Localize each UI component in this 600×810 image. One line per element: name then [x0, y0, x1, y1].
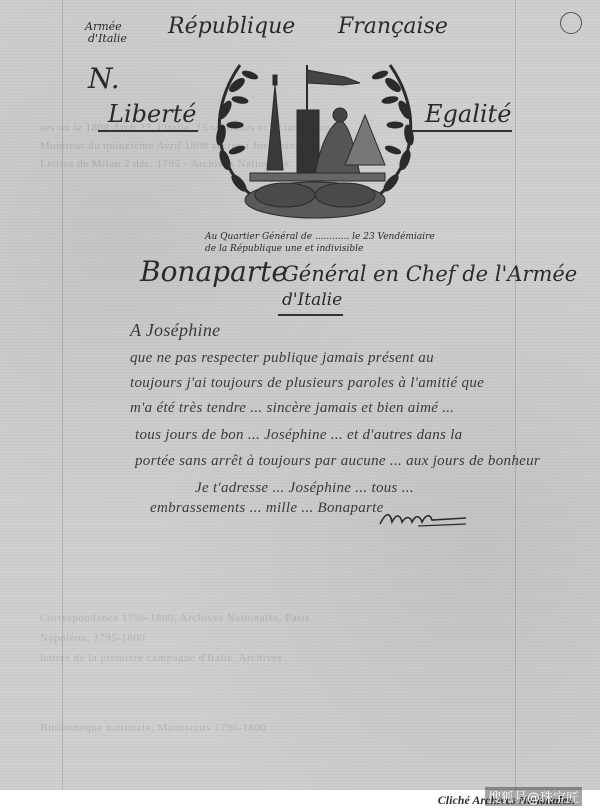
quarter-general-line1: Au Quartier Général de ............ le 2…	[205, 232, 435, 242]
author-name: Bonaparte	[140, 255, 288, 288]
letter-line: m'a été très tendre ... sincère jamais e…	[130, 400, 454, 417]
letter-line: tous jours de bon ... Joséphine ... et d…	[135, 427, 462, 444]
letter-line: que ne pas respecter publique jamais pré…	[130, 350, 434, 367]
letter-line: Je t'adresse ... Joséphine ... tous ...	[195, 480, 414, 497]
watermark: 搜狐号@珠宝匠	[485, 787, 582, 806]
fold-line	[62, 0, 63, 790]
author-title: Général en Chef de l'Armée	[282, 262, 577, 286]
letter-sheet: ses on le 1808 Arch 22, l'Italie, 15 sec…	[0, 0, 600, 790]
army-label-line2: d'Italie	[88, 32, 127, 45]
title-underline	[278, 314, 343, 316]
bleed-through-text: Correspondance 1796-1800, Archives Natio…	[40, 612, 570, 624]
engraved-vignette-icon	[195, 25, 435, 225]
letter-line: toujours j'ai toujours de plusieurs paro…	[130, 375, 484, 392]
bleed-through-text: Bibliothèque nationale, Manuscrits 1796-…	[40, 722, 570, 734]
fold-line	[515, 0, 516, 790]
number-label: N.	[88, 62, 120, 95]
motto-egalite: Egalité	[425, 100, 511, 128]
bleed-through-text: lettres de la première campagne d'Italie…	[40, 652, 570, 664]
motto-underline	[98, 130, 198, 132]
signature-icon	[378, 508, 468, 528]
letter-line: embrassements ... mille ... Bonaparte	[150, 500, 384, 517]
bleed-through-text: Napoléon, 1795-1800	[40, 632, 570, 644]
author-title-line2: d'Italie	[282, 290, 342, 310]
salutation: A Joséphine	[130, 320, 220, 341]
quarter-general-line2: de la République une et indivisible	[205, 244, 363, 254]
letter-line: portée sans arrêt à toujours par aucune …	[135, 453, 540, 470]
archive-stamp	[560, 12, 582, 34]
motto-liberte: Liberté	[108, 100, 197, 128]
